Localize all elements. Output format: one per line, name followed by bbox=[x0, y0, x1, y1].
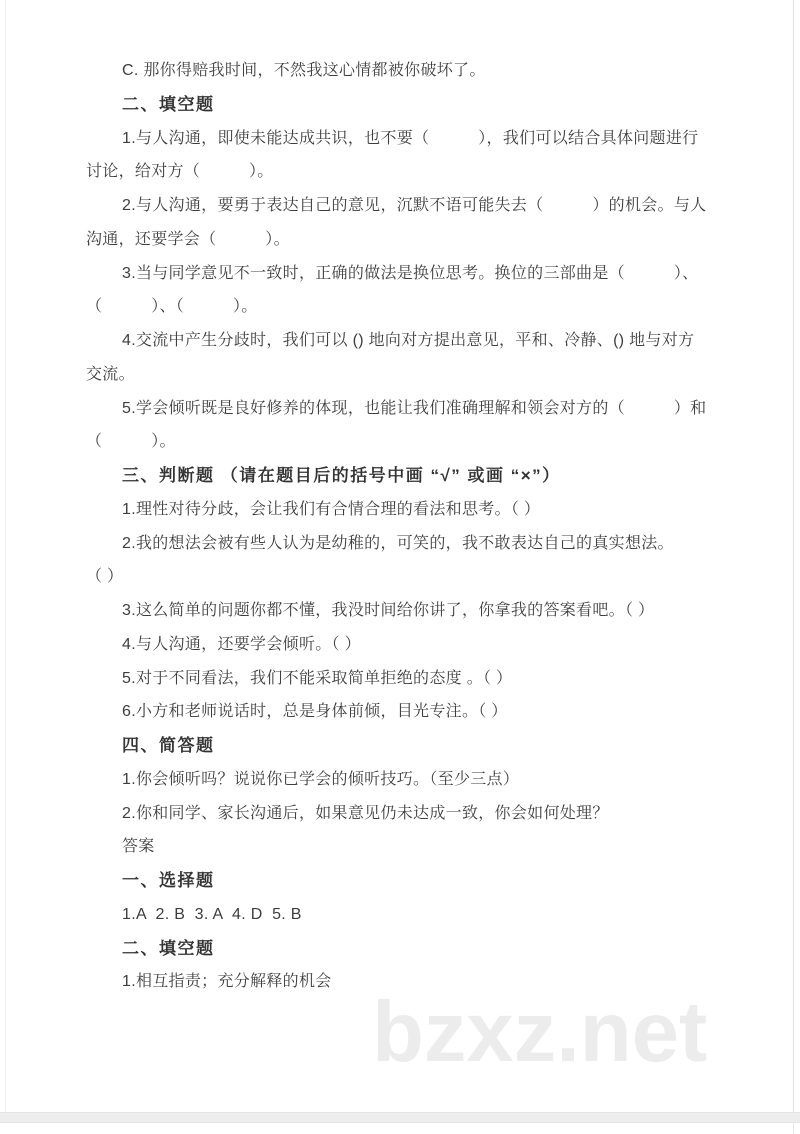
text-line: 1.与人沟通，即使未能达成共识，也不要（ ），我们可以结合具体问题进行 bbox=[86, 122, 734, 156]
text-line: 讨论，给对方（ ）。 bbox=[86, 155, 734, 189]
text-line: 1.A 2. B 3. A 4. D 5. B bbox=[86, 898, 734, 932]
document-viewer: C. 那你得赔我时间，不然我这心情都被你破坏了。二、填空题1.与人沟通，即使未能… bbox=[0, 0, 800, 1134]
text-line: 2.你和同学、家长沟通后，如果意见仍未达成一致，你会如何处理？ bbox=[86, 797, 734, 831]
page-edge-right bbox=[793, 0, 794, 1112]
text-line: 5.对于不同看法，我们不能采取简单拒绝的态度 。（ ） bbox=[86, 662, 734, 696]
page-edge-left bbox=[5, 0, 6, 1112]
text-line: 4.与人沟通，还要学会倾听。（ ） bbox=[86, 628, 734, 662]
next-page-top bbox=[0, 1123, 800, 1134]
text-line: 2.我的想法会被有些人认为是幼稚的，可笑的，我不敢表达自己的真实想法。 bbox=[86, 527, 734, 561]
text-line: （ ） bbox=[86, 560, 734, 594]
section-heading: 二、填空题 bbox=[86, 88, 734, 122]
text-line: 1.你会倾听吗？说说你已学会的倾听技巧。（至少三点） bbox=[86, 763, 734, 797]
watermark: bzxz.net bbox=[372, 984, 752, 1082]
text-line: 2.与人沟通，要勇于表达自己的意见，沉默不语可能失去（ ）的机会。与人 bbox=[86, 189, 734, 223]
text-line: 5.学会倾听既是良好修养的体现，也能让我们准确理解和领会对方的（ ）和 bbox=[86, 392, 734, 426]
section-heading: 四、简答题 bbox=[86, 729, 734, 763]
text-line: 沟通，还要学会（ ）。 bbox=[86, 223, 734, 257]
section-heading: 一、选择题 bbox=[86, 864, 734, 898]
text-line: 3.当与同学意见不一致时，正确的做法是换位思考。换位的三部曲是（ ）、 bbox=[86, 257, 734, 291]
document-content: C. 那你得赔我时间，不然我这心情都被你破坏了。二、填空题1.与人沟通，即使未能… bbox=[86, 54, 734, 999]
section-heading: 三、判断题 （请在题目后的括号中画 “√” 或画 “×”） bbox=[86, 459, 734, 493]
document-page: C. 那你得赔我时间，不然我这心情都被你破坏了。二、填空题1.与人沟通，即使未能… bbox=[0, 0, 800, 1112]
text-line: 3.这么简单的问题你都不懂，我没时间给你讲了，你拿我的答案看吧。（ ） bbox=[86, 594, 734, 628]
text-line: （ ）、（ ）。 bbox=[86, 290, 734, 324]
section-heading: 二、填空题 bbox=[86, 932, 734, 966]
text-line: 1.理性对待分歧，会让我们有合情合理的看法和思考。（ ） bbox=[86, 493, 734, 527]
next-page-edge-right bbox=[793, 1123, 794, 1134]
text-line: 6.小方和老师说话时，总是身体前倾，目光专注。（ ） bbox=[86, 695, 734, 729]
text-line: 交流。 bbox=[86, 358, 734, 392]
text-line: 答案 bbox=[86, 830, 734, 864]
text-line: （ ）。 bbox=[86, 425, 734, 459]
text-line: 4.交流中产生分歧时，我们可以 () 地向对方提出意见，平和、冷静、() 地与对… bbox=[86, 324, 734, 358]
page-gap-strip bbox=[0, 1112, 800, 1123]
text-line: C. 那你得赔我时间，不然我这心情都被你破坏了。 bbox=[86, 54, 734, 88]
